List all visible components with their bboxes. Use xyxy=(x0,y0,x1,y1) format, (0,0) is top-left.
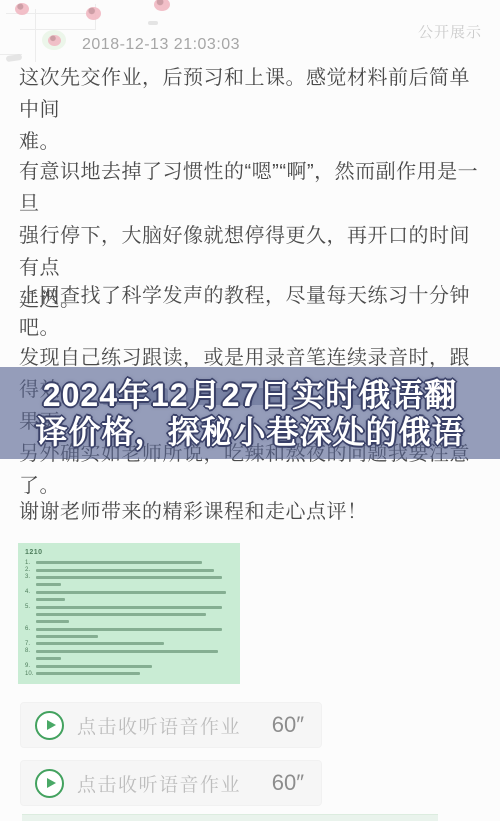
grid-line-decoration xyxy=(35,9,36,62)
paragraph: 谢谢老师带来的精彩课程和走心点评！ xyxy=(19,496,485,528)
exercise-list-line xyxy=(25,655,232,662)
berry-dot-decoration xyxy=(48,35,61,46)
visibility-label: 公开展示 xyxy=(418,21,482,42)
exercise-list-line: 1. xyxy=(25,559,232,566)
exercise-list-line: 7. xyxy=(25,640,232,647)
voice-message-player-1[interactable]: 点击收听语音作业 60″ xyxy=(20,702,322,748)
exercise-list-line: 6. xyxy=(25,626,232,633)
play-icon xyxy=(47,778,56,788)
homework-post-screen: 2018-12-13 21:03:03 公开展示 这次先交作业，后预习和上课。感… xyxy=(0,0,500,821)
play-icon xyxy=(47,720,56,730)
smudge-decoration xyxy=(148,21,158,25)
exercise-list-line: 4. xyxy=(25,589,232,596)
voice-message-label: 点击收听语音作业 xyxy=(77,770,241,797)
exercise-list-line: 10. xyxy=(25,670,232,677)
exercise-list-line: 2. xyxy=(25,566,232,573)
voice-message-label: 点击收听语音作业 xyxy=(77,712,241,739)
berry-dot-decoration xyxy=(86,7,101,20)
berry-dot-decoration xyxy=(15,3,29,15)
play-button[interactable] xyxy=(35,769,64,798)
play-button[interactable] xyxy=(35,711,64,740)
exercise-list-line xyxy=(25,618,232,625)
next-attachment-edge xyxy=(22,814,438,821)
exercise-list-line: 3. xyxy=(25,574,232,581)
paragraph: 这次先交作业，后预习和上课。感觉材料前后简单中间 难。 xyxy=(19,62,485,158)
paragraph: 上网查找了科学发声的教程，尽量每天练习十分钟吧。 xyxy=(19,280,485,344)
exercise-list-line xyxy=(25,611,232,618)
overlay-banner: 2024年12月27日实时俄语翻 译价格，探秘小巷深处的俄语 xyxy=(0,367,500,459)
exercise-list-line xyxy=(25,633,232,640)
exercise-list-line xyxy=(25,596,232,603)
exercise-list-line: 5. xyxy=(25,603,232,610)
banner-headline-line1: 2024年12月27日实时俄语翻 xyxy=(0,377,500,413)
exercise-list-line xyxy=(25,581,232,588)
exercise-list-line: 8. xyxy=(25,648,232,655)
exercise-numbered-list: 1.2.3.4.5.6.7.8.9.10. xyxy=(25,559,232,677)
voice-message-duration: 60″ xyxy=(272,712,304,738)
banner-headline-line2: 译价格，探秘小巷深处的俄语 xyxy=(0,414,500,450)
exercise-image-title: 1210 xyxy=(25,549,232,556)
voice-message-player-2[interactable]: 点击收听语音作业 60″ xyxy=(20,760,322,806)
exercise-list-line: 9. xyxy=(25,662,232,669)
exercise-image-attachment[interactable]: 1210 1.2.3.4.5.6.7.8.9.10. xyxy=(18,543,240,684)
smudge-decoration xyxy=(6,54,23,62)
post-timestamp: 2018-12-13 21:03:03 xyxy=(82,36,240,54)
voice-message-duration: 60″ xyxy=(272,770,304,796)
berry-dot-decoration xyxy=(154,0,170,11)
